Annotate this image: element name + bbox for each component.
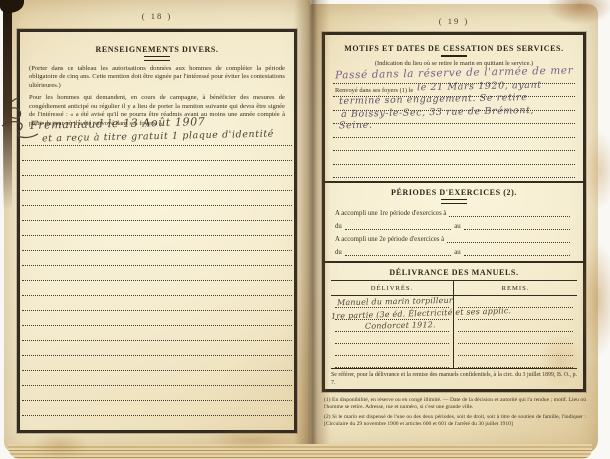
cessation-entry-area: Renvoyé dans ses foyers (1) le Passé dan… (333, 70, 575, 178)
dotted-blank (447, 234, 570, 243)
handwriting-entry-line-1: Fremaniaud le 13 Août 1907 (30, 115, 206, 132)
footnote-1: (1) En disponibilité, en réserve ou en c… (324, 397, 586, 412)
page-footnotes: (1) En disponibilité, en réserve ou en c… (324, 397, 586, 428)
title-ornament (441, 199, 467, 204)
manuels-table-header: DÉLIVRÉS. REMIS. (331, 281, 577, 296)
manuels-table: DÉLIVRÉS. REMIS. Manuel du marin torpill… (331, 280, 577, 369)
footnote-2: (2) Si le marin est dispensé de l'une ou… (324, 414, 586, 429)
cessation-title: MOTIFS ET DATES DE CESSATION DES SERVICE… (325, 44, 583, 53)
ruled-lines-area (22, 131, 292, 430)
dotted-blank (464, 221, 570, 230)
title-ornament (441, 55, 467, 57)
renseignements-frame: RENSEIGNEMENTS DIVERS. (Porter dans ce t… (17, 29, 297, 433)
scanned-booklet-spread: ( 18 ) RENSEIGNEMENTS DIVERS. (Porter da… (0, 0, 610, 459)
du-label: du (335, 249, 342, 256)
exercices-title: PÉRIODES D'EXERCICES (2). (325, 188, 583, 197)
exercices-line-1: A accompli une 1re période d'exercices à (335, 208, 573, 217)
manuels-title: DÉLIVRANCE DES MANUELS. (325, 268, 583, 277)
exercices-line-3: A accompli une 2e période d'exercices à (335, 234, 573, 243)
column-header-delivres: DÉLIVRÉS. (331, 281, 454, 295)
page-number-left: ( 18 ) (4, 11, 310, 21)
exercices-line-2: duau (335, 221, 573, 230)
printed-renvoye-line: Renvoyé dans ses foyers (1) le (335, 87, 413, 94)
book-cover-edge (3, 0, 12, 210)
exercices-line-3-label: A accompli une 2e période d'exercices à (335, 236, 444, 243)
manuels-table-body: Manuel du marin torpilleur 1re partie (3… (331, 296, 577, 369)
dotted-blank (345, 221, 451, 230)
section-divider (325, 261, 583, 263)
exercices-line-4: duau (335, 247, 573, 256)
title-ornament (144, 56, 170, 61)
stacked-page-edges (8, 444, 592, 459)
au-label: au (454, 223, 460, 230)
instructions-paragraph-1: (Porter dans ce tableau les autorisation… (29, 65, 285, 90)
handwriting-manuel-line-3: Condorcet 1912. (365, 320, 436, 330)
dotted-blank (449, 208, 570, 217)
cessation-frame: MOTIFS ET DATES DE CESSATION DES SERVICE… (322, 32, 586, 392)
au-label: au (454, 249, 460, 256)
page-19: ( 19 ) MOTIFS ET DATES DE CESSATION DES … (310, 4, 598, 454)
periodes-exercices-section: PÉRIODES D'EXERCICES (2). A accompli une… (325, 183, 583, 256)
dotted-blank (345, 247, 451, 256)
handwriting-cessation-line-5: Seine. (339, 120, 373, 132)
column-header-remis: REMIS. (454, 281, 577, 295)
renseignements-title: RENSEIGNEMENTS DIVERS. (20, 45, 294, 54)
dotted-blank (464, 247, 570, 256)
page-18: ( 18 ) RENSEIGNEMENTS DIVERS. (Porter da… (4, 0, 310, 452)
du-label: du (335, 223, 342, 230)
exercices-line-1-label: A accompli une 1re période d'exercices à (335, 210, 446, 217)
manuels-footnote: Se référer, pour la délivrance et la rem… (331, 372, 577, 388)
page-number-right: ( 19 ) (310, 16, 598, 26)
